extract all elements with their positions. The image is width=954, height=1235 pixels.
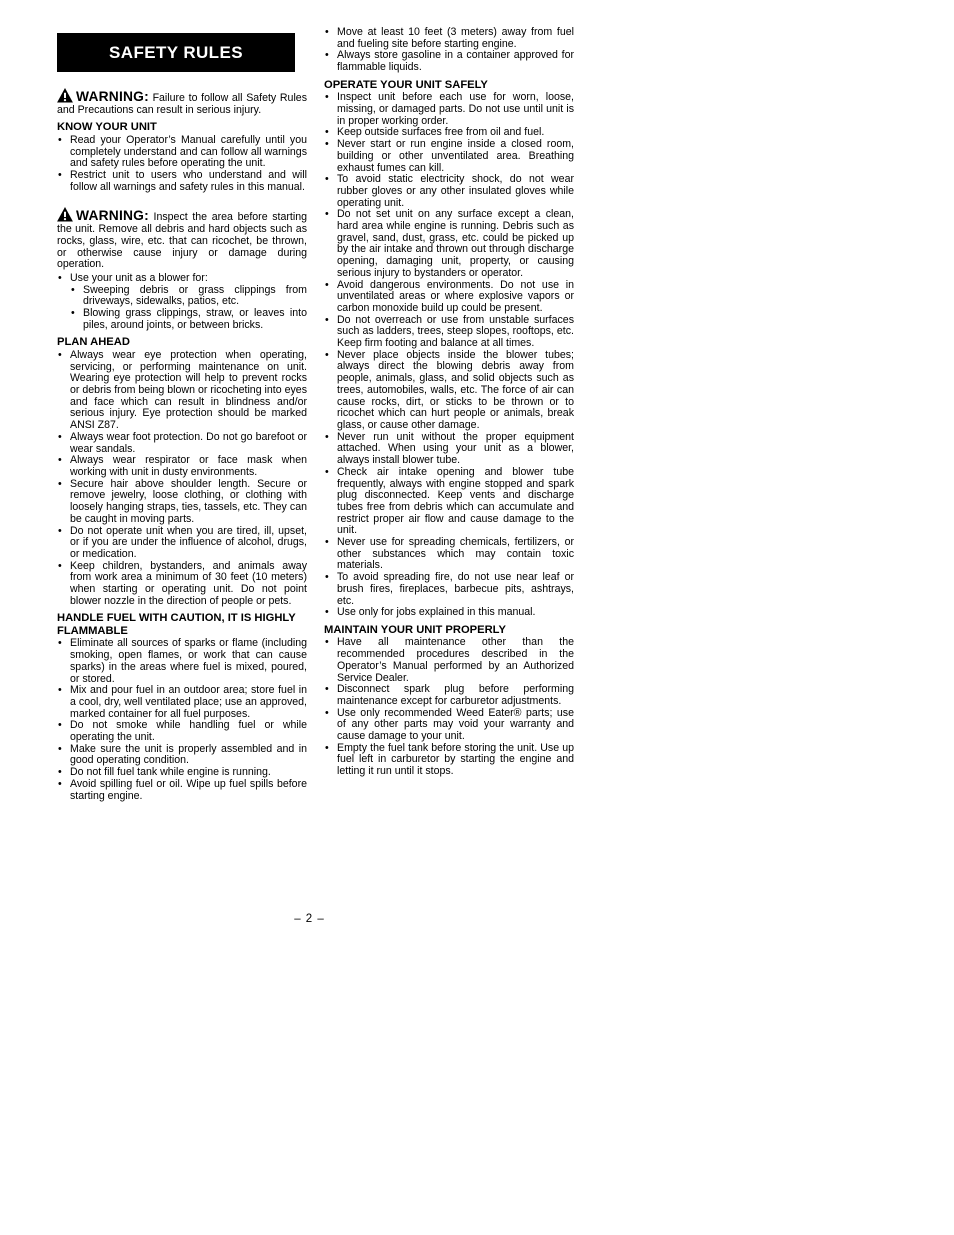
operate-safely-list: • Inspect unit before each use for worn,…: [324, 92, 574, 619]
bullet-icon: •: [324, 139, 337, 174]
maintain-list: • Have all maintenance other than the re…: [324, 637, 574, 777]
bullet-icon: •: [324, 743, 337, 778]
list-item: • Have all maintenance other than the re…: [324, 637, 574, 684]
fueling-list: • Move at least 10 feet (3 meters) away …: [324, 27, 574, 74]
bullet-icon: •: [324, 467, 337, 537]
list-item: • Keep children, bystanders, and animals…: [57, 561, 307, 608]
bullet-icon: •: [70, 285, 83, 308]
bullet-icon: •: [57, 744, 70, 767]
list-item: • Restrict unit to users who understand …: [57, 170, 307, 193]
warning-label: WARNING:: [76, 208, 149, 223]
right-column: • Move at least 10 feet (3 meters) away …: [324, 27, 574, 778]
list-item: • Use your unit as a blower for:: [57, 273, 307, 285]
bullet-icon: •: [57, 638, 70, 685]
list-item: • Avoid spilling fuel or oil. Wipe up fu…: [57, 779, 307, 802]
list-item: • Always wear foot protection. Do not go…: [57, 432, 307, 455]
bullet-icon: •: [324, 209, 337, 279]
list-item: • To avoid spreading fire, do not use ne…: [324, 572, 574, 607]
bullet-icon: •: [324, 708, 337, 743]
bullet-icon: •: [57, 273, 70, 285]
list-item: • Mix and pour fuel in an outdoor area; …: [57, 685, 307, 720]
bullet-icon: •: [324, 315, 337, 350]
list-item: • Eliminate all sources of sparks or fla…: [57, 638, 307, 685]
warning-block-1: WARNING: Failure to follow all Safety Ru…: [57, 88, 307, 116]
list-item: • Always wear eye protection when operat…: [57, 350, 307, 432]
list-item: • Never start or run engine inside a clo…: [324, 139, 574, 174]
list-item: • Use only for jobs explained in this ma…: [324, 607, 574, 619]
plan-ahead-list: • Always wear eye protection when operat…: [57, 350, 307, 607]
bullet-icon: •: [57, 720, 70, 743]
bullet-icon: •: [324, 174, 337, 209]
bullet-icon: •: [324, 572, 337, 607]
bullet-icon: •: [57, 135, 70, 170]
bullet-icon: •: [324, 27, 337, 50]
list-item: • Empty the fuel tank before storing the…: [324, 743, 574, 778]
know-your-unit-list: • Read your Operator’s Manual carefully …: [57, 135, 307, 194]
warning-block-2: WARNING: Inspect the area before startin…: [57, 207, 307, 271]
list-item: • Do not overreach or use from unstable …: [324, 315, 574, 350]
list-item: • Do not set unit on any surface except …: [324, 209, 574, 279]
bullet-icon: •: [324, 537, 337, 572]
bullet-icon: •: [324, 92, 337, 127]
blower-uses-list: • Use your unit as a blower for:: [57, 273, 307, 285]
list-item: • Inspect unit before each use for worn,…: [324, 92, 574, 127]
heading-maintain: MAINTAIN YOUR UNIT PROPERLY: [324, 624, 574, 637]
list-item: • Never place objects inside the blower …: [324, 350, 574, 432]
bullet-icon: •: [324, 684, 337, 707]
manual-page: SAFETY RULES WARNING: Failure to follow …: [0, 0, 954, 1235]
handle-fuel-list: • Eliminate all sources of sparks or fla…: [57, 638, 307, 802]
list-item: • Move at least 10 feet (3 meters) away …: [324, 27, 574, 50]
list-item: • Never use for spreading chemicals, fer…: [324, 537, 574, 572]
bullet-icon: •: [57, 350, 70, 432]
left-column: SAFETY RULES WARNING: Failure to follow …: [57, 27, 307, 802]
bullet-icon: •: [57, 432, 70, 455]
list-item: • Secure hair above shoulder length. Sec…: [57, 479, 307, 526]
blower-uses-sublist: • Sweeping debris or grass clippings fro…: [70, 285, 307, 332]
bullet-icon: •: [57, 685, 70, 720]
bullet-icon: •: [324, 280, 337, 315]
list-item: • Always wear respirator or face mask wh…: [57, 455, 307, 478]
bullet-icon: •: [57, 455, 70, 478]
sub-list-item: • Blowing grass clippings, straw, or lea…: [70, 308, 307, 331]
bullet-icon: •: [324, 350, 337, 432]
section-title-bar: SAFETY RULES: [57, 33, 295, 72]
warning-triangle-icon: [57, 88, 73, 103]
heading-know-your-unit: KNOW YOUR UNIT: [57, 121, 307, 134]
list-item: • Do not smoke while handling fuel or wh…: [57, 720, 307, 743]
bullet-icon: •: [324, 607, 337, 619]
heading-operate-safely: OPERATE YOUR UNIT SAFELY: [324, 79, 574, 92]
heading-handle-fuel: HANDLE FUEL WITH CAUTION, IT IS HIGHLY F…: [57, 612, 307, 637]
list-item: • Disconnect spark plug before performin…: [324, 684, 574, 707]
bullet-icon: •: [324, 50, 337, 73]
bullet-icon: •: [57, 170, 70, 193]
bullet-icon: •: [324, 432, 337, 467]
bullet-icon: •: [70, 308, 83, 331]
page-title: SAFETY RULES: [109, 47, 243, 59]
page-content: SAFETY RULES WARNING: Failure to follow …: [57, 27, 591, 802]
bullet-icon: •: [57, 526, 70, 561]
bullet-icon: •: [57, 779, 70, 802]
warning-label: WARNING:: [76, 89, 149, 104]
sub-list-item: • Sweeping debris or grass clippings fro…: [70, 285, 307, 308]
list-item: • Read your Operator’s Manual carefully …: [57, 135, 307, 170]
list-item: • To avoid static electricity shock, do …: [324, 174, 574, 209]
list-item: • Make sure the unit is properly assembl…: [57, 744, 307, 767]
list-item: • Never run unit without the proper equi…: [324, 432, 574, 467]
list-item: • Check air intake opening and blower tu…: [324, 467, 574, 537]
heading-plan-ahead: PLAN AHEAD: [57, 336, 307, 349]
bullet-icon: •: [324, 637, 337, 684]
bullet-icon: •: [57, 479, 70, 526]
page-number: – 2 –: [57, 913, 562, 925]
list-item: • Always store gasoline in a container a…: [324, 50, 574, 73]
warning-triangle-icon: [57, 207, 73, 222]
list-item: • Avoid dangerous environments. Do not u…: [324, 280, 574, 315]
list-item: • Use only recommended Weed Eater® parts…: [324, 708, 574, 743]
list-item: • Do not operate unit when you are tired…: [57, 526, 307, 561]
bullet-icon: •: [57, 561, 70, 608]
